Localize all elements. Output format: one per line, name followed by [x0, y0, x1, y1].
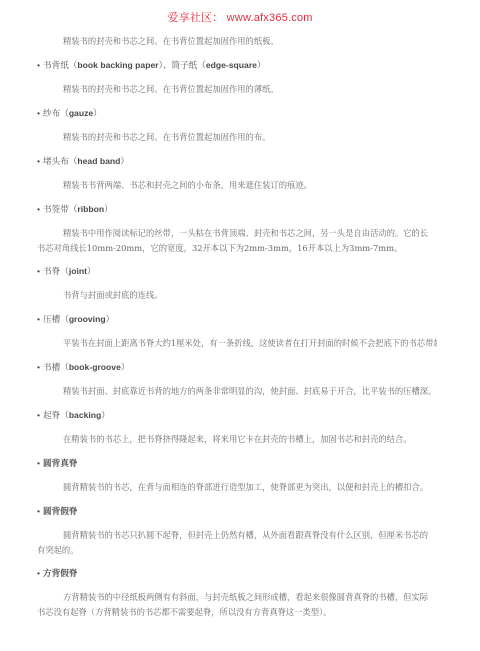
- bullet-icon: •: [37, 266, 40, 276]
- term-heading: •压槽（grooving）: [37, 312, 114, 328]
- bullet-icon: •: [37, 156, 40, 166]
- site-name: 享社区：: [179, 12, 224, 24]
- term-heading: •书脊（joint）: [37, 264, 96, 280]
- term-heading: •书签带（ribbon）: [37, 202, 113, 218]
- definition-text: 在精装书的书芯上，把书脊挤得隆起来，将来用它卡在封壳的书槽上，加固书芯和封壳的结…: [47, 432, 447, 447]
- bullet-icon: •: [37, 60, 40, 70]
- term-heading: •书背纸（book backing paper）、筒子纸（edge-square…: [37, 58, 266, 74]
- term-heading: •起脊（backing）: [37, 408, 110, 424]
- site-header: 爱享社区： www.afx365.com: [0, 9, 480, 25]
- term-heading: •书槽（book-groove）: [37, 360, 129, 376]
- definition-text: 精装书的封壳和书芯之间、在书背位置起加固作用的布。: [47, 130, 270, 145]
- site-logo-icon: 爱: [167, 11, 178, 24]
- term-heading: •方背假脊: [37, 566, 77, 582]
- bullet-icon: •: [37, 410, 40, 420]
- bullet-icon: •: [37, 314, 40, 324]
- definition-text: 圆背精装书的书芯，在背与面相连的脊部进行造型加工，使脊部更为突出，以便和封壳上的…: [47, 480, 447, 495]
- definition-text: 精装书中用作阅读标记的丝带，一头粘在书背顶端、封壳和书芯之间，另一头是自由活动的…: [37, 226, 447, 256]
- term-heading: •纱布（gauze）: [37, 106, 102, 122]
- bullet-icon: •: [37, 458, 40, 468]
- definition-text: 精装书封面、封底靠近书背的地方的两条非常明显的沟，使封面、封底易于开合，比平装书…: [47, 384, 437, 399]
- definition-text: 书背与封面或封底的连线。: [47, 288, 163, 303]
- term-heading: •堵头布（head band）: [37, 154, 129, 170]
- definition-text: 平装书在封面上距离书脊大约1厘米处，有一条折线，这使读者在打开封面的时候不会把底…: [47, 336, 437, 351]
- definition-text: 精装书的封壳和书芯之间、在书背位置起加固作用的薄纸。: [47, 82, 279, 97]
- bullet-icon: •: [37, 204, 40, 214]
- term-heading: •圆背真脊: [37, 456, 77, 472]
- bullet-icon: •: [37, 108, 40, 118]
- bullet-icon: •: [37, 362, 40, 372]
- bullet-icon: •: [37, 568, 40, 578]
- term-heading: •圆背假脊: [37, 504, 77, 520]
- bullet-icon: •: [37, 506, 40, 516]
- definition-text: 精装书的封壳和书芯之间、在书背位置起加固作用的纸板。: [47, 34, 279, 49]
- definition-text: 圆背精装书的书芯只扒圆不起脊，但封壳上仍然有槽，从外面看跟真脊没有什么区别，但厘…: [37, 528, 447, 558]
- site-url[interactable]: www.afx365.com: [227, 12, 313, 24]
- definition-text: 精装书书背两端、书芯和封壳之间的小布条，用来遮住装订的痕迹。: [47, 178, 312, 193]
- definition-text: 方背精装书的中径纸板两侧有有斜面，与封壳纸板之间形成槽，看起来很像圆背真脊的书槽…: [37, 590, 447, 620]
